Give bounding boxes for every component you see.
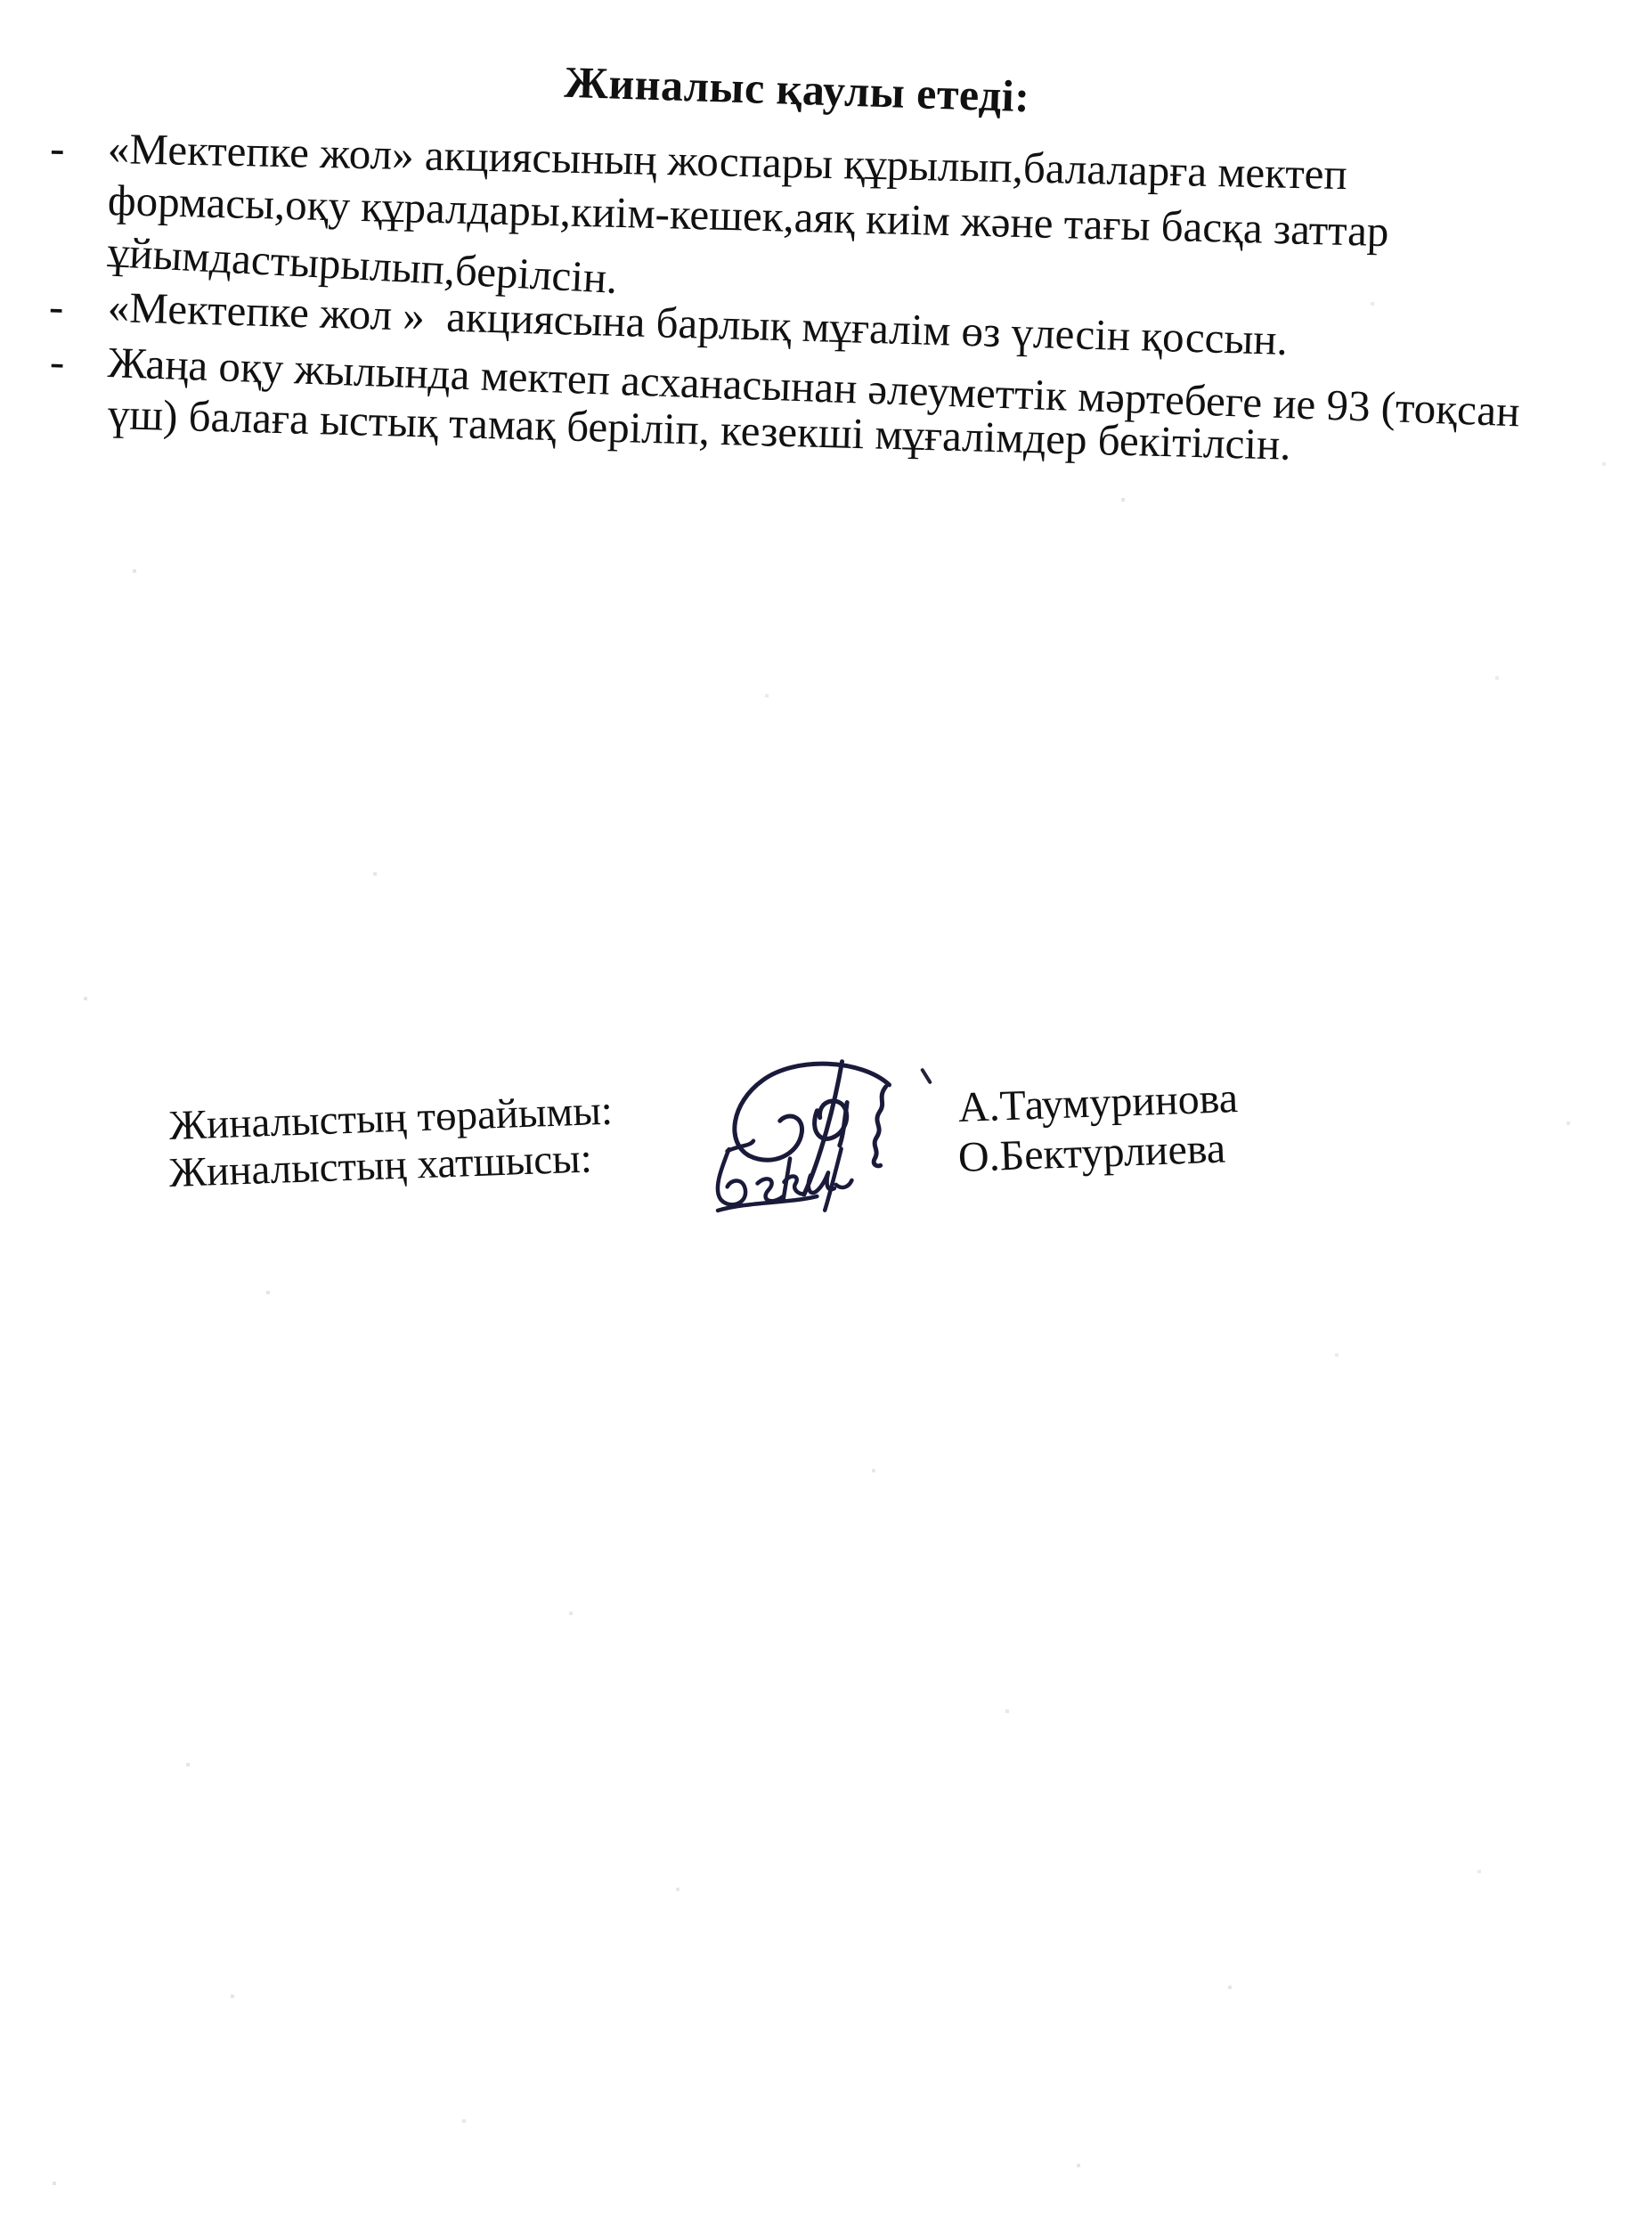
bullet-dash: - — [48, 281, 109, 334]
signature-names: А.Таумуринова О.Бектурлиева — [958, 1083, 1238, 1183]
resolution-section: Жиналыс қаулы етеді: - «Мектепке жол» ак… — [49, 64, 1599, 444]
scan-noise — [0, 0, 2, 2]
secretary-name: О.Бектурлиева — [957, 1123, 1239, 1183]
resolution-list: - «Мектепке жол» акциясының жоспары құры… — [49, 123, 1599, 440]
bullet-dash: - — [47, 122, 110, 278]
document-page: Жиналыс қаулы етеді: - «Мектепке жол» ак… — [0, 0, 1652, 2227]
resolution-item: - «Мектепке жол» акциясының жоспары құры… — [49, 123, 1599, 278]
ink-tick-mark — [920, 1067, 932, 1084]
bullet-dash: - — [47, 336, 110, 441]
signature-labels: Жиналыстың төрайымы: Жиналыстың хатшысы: — [169, 1103, 613, 1197]
secretary-signature-ink — [700, 1126, 900, 1220]
